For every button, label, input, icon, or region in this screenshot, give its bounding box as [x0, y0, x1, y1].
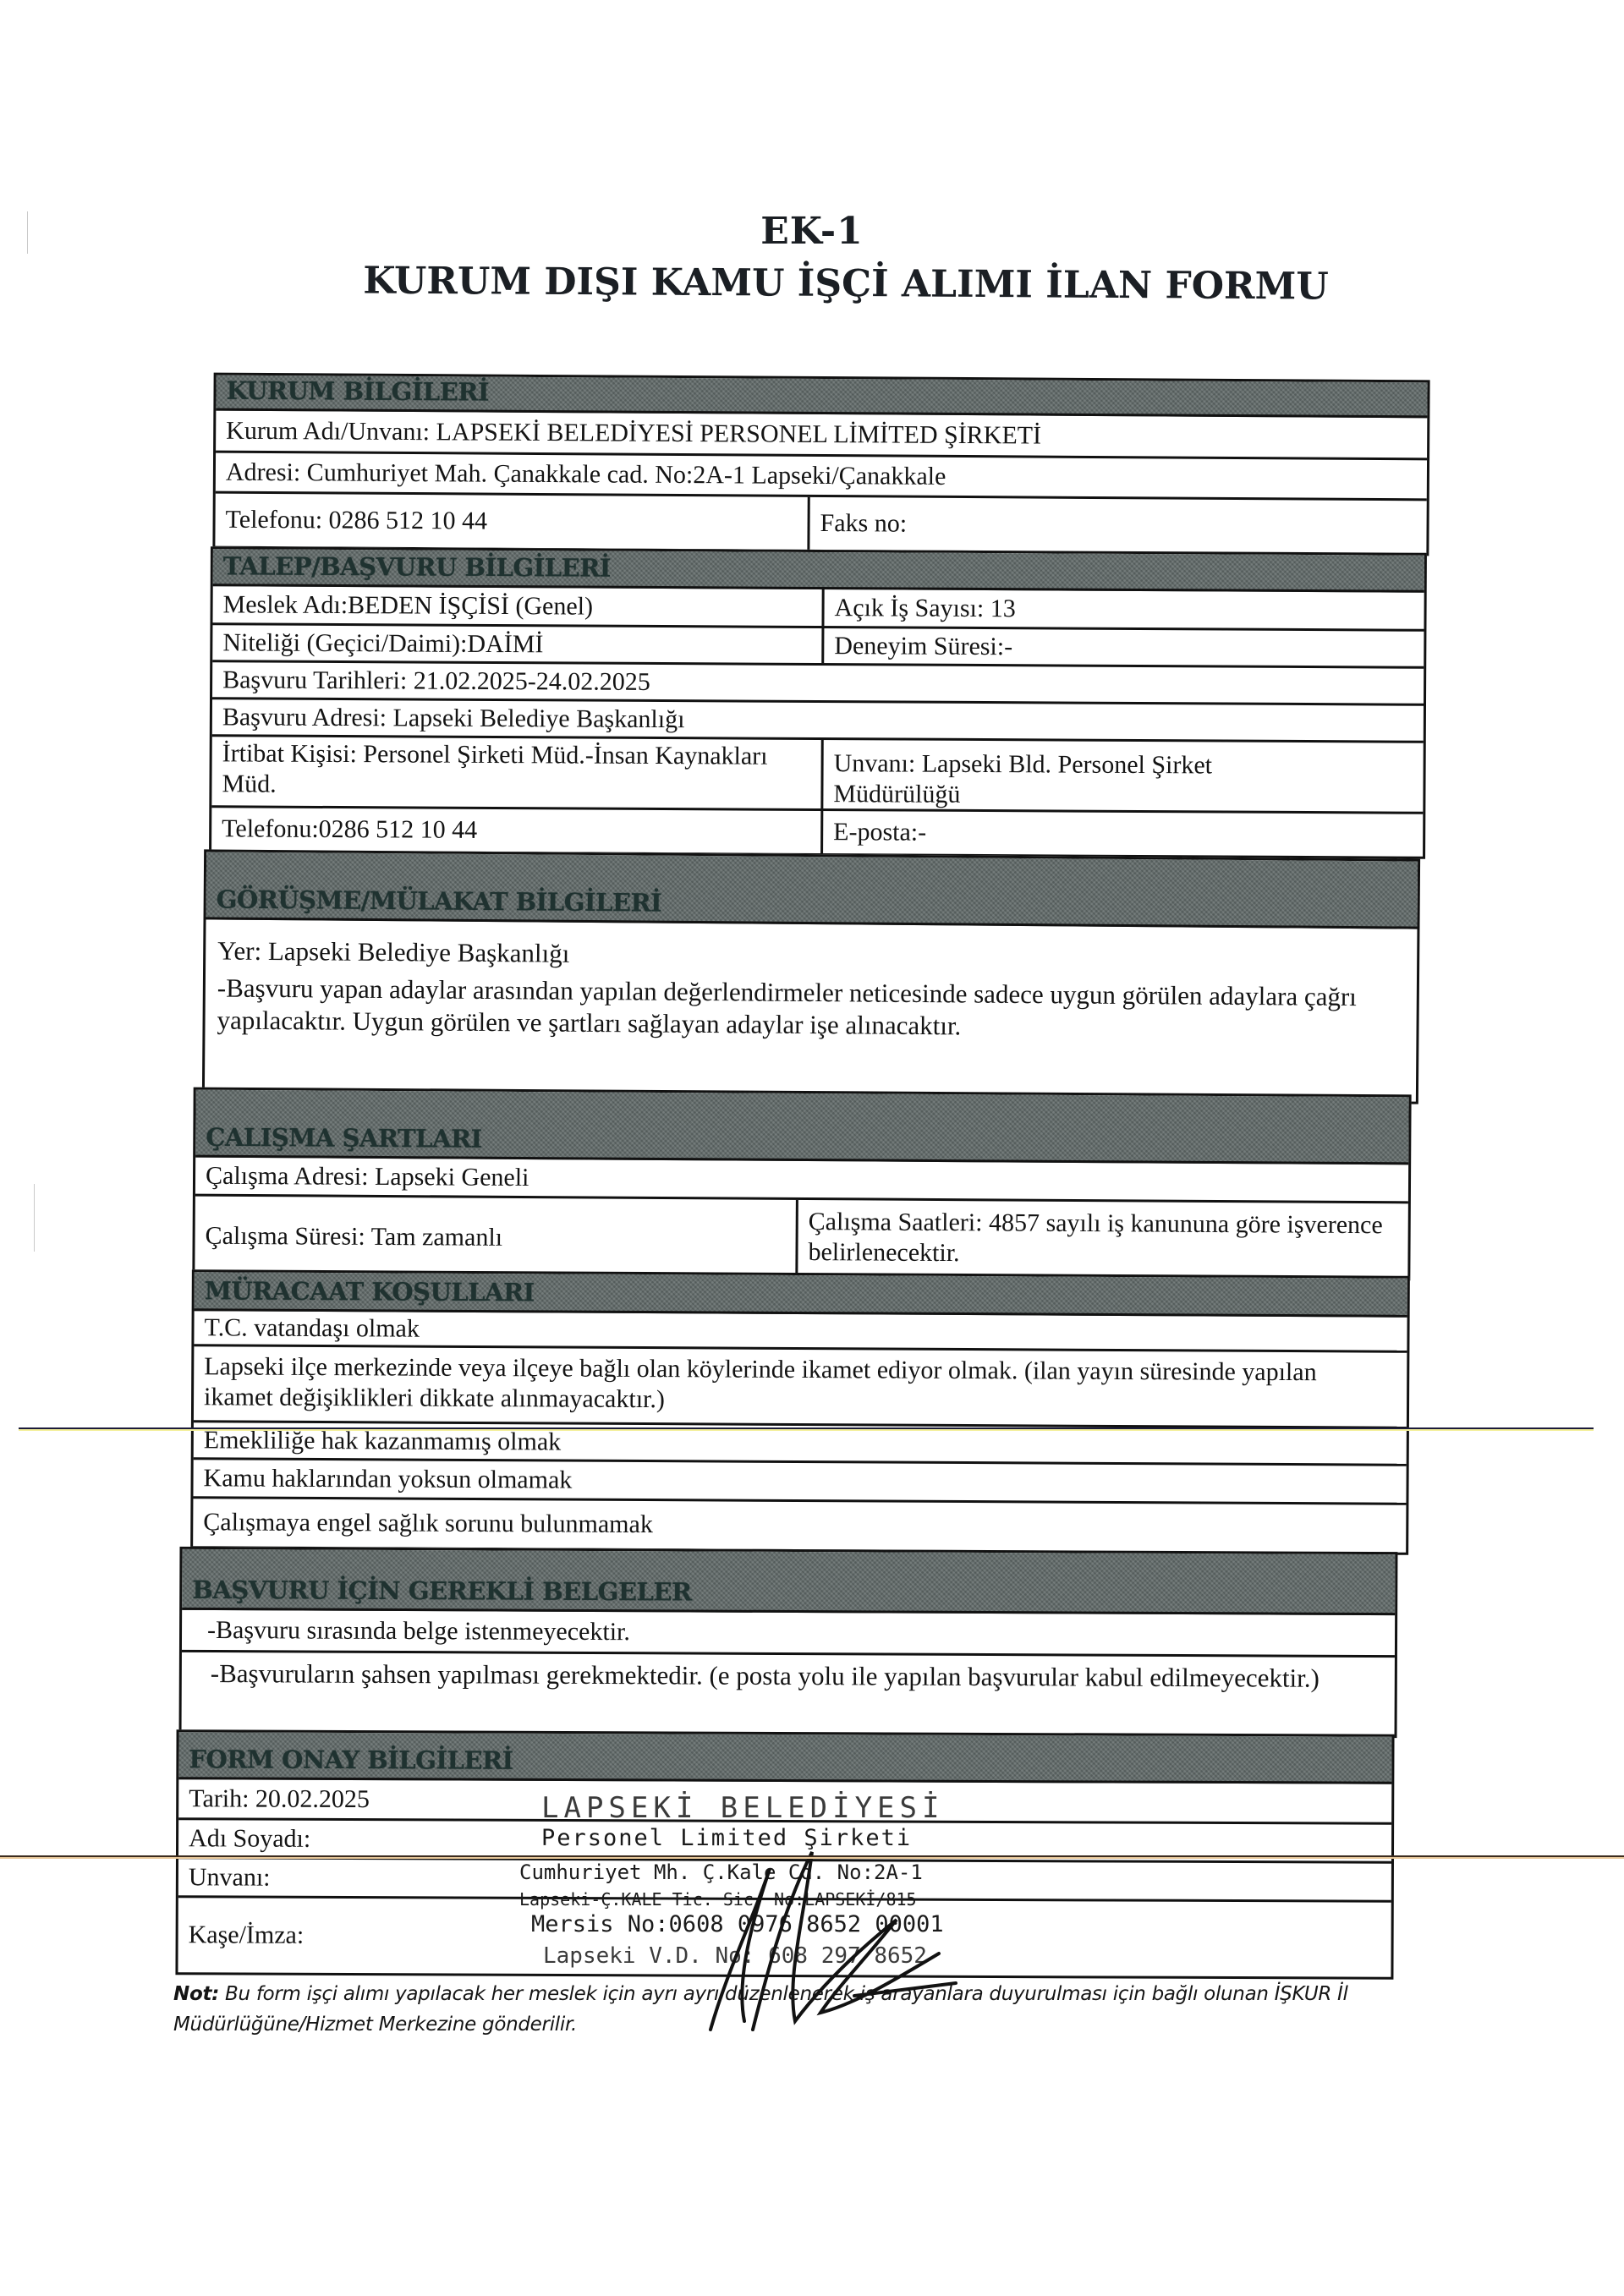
interview-description: -Başvuru yapan adaylar arasından yapılan… [205, 972, 1417, 1050]
condition-item: Kamu haklarından yoksun olmamak [193, 1460, 1406, 1505]
condition-text: Kamu haklarından yoksun olmamak [193, 1460, 1406, 1503]
open-positions: Açık İş Sayısı: 13 [821, 589, 1424, 629]
work-hours: Çalışma Saatleri: 4857 sayılı iş kanunun… [795, 1200, 1408, 1283]
row-kurum-phone: Telefonu: 0286 512 10 44 Faks no: [215, 494, 1426, 554]
condition-text: Lapseki ilçe merkezinde veya ilçeye bağl… [194, 1346, 1407, 1427]
section-header-text: GÖRÜŞME/MÜLAKAT BİLGİLERİ [217, 885, 662, 917]
section-header-belgeler: BAŞVURU İÇİN GEREKLİ BELGELER [182, 1549, 1395, 1615]
kurum-phone: Telefonu: 0286 512 10 44 [215, 494, 807, 550]
contact-person: İrtibat Kişisi: Personel Şirketi Müd.-İn… [211, 737, 820, 808]
row-application-address: Başvuru Adresi: Lapseki Belediye Başkanl… [212, 699, 1424, 743]
work-duration: Çalışma Süresi: Tam zamanlı [195, 1197, 796, 1280]
row-contact: İrtibat Kişisi: Personel Şirketi Müd.-İn… [211, 737, 1423, 814]
section-header-text: MÜRACAAT KOŞULLARI [205, 1276, 535, 1307]
section-gorusme: GÖRÜŞME/MÜLAKAT BİLGİLERİ Yer: Lapseki B… [202, 849, 1420, 1104]
note-text: Bu form işçi alımı yapılacak her meslek … [173, 1983, 1348, 2036]
approval-seal: Kaşe/İmza: [178, 1898, 1391, 1977]
row-nature: Niteliği (Geçici/Daimi):DAİMİ Deneyim Sü… [212, 625, 1424, 668]
row-kurum-address: Adresi: Cumhuriyet Mah. Çanakkale cad. N… [216, 453, 1427, 501]
scan-artifact-line [19, 1427, 1594, 1429]
kurum-address: Adresi: Cumhuriyet Mah. Çanakkale cad. N… [216, 453, 1427, 499]
row-approval-name: Adı Soyadı: [178, 1820, 1391, 1864]
application-dates: Başvuru Tarihleri: 21.02.2025-24.02.2025 [212, 662, 1424, 703]
condition-item: T.C. vatandaşı olmak [194, 1311, 1407, 1353]
job-nature: Niteliği (Geçici/Daimi):DAİMİ [212, 625, 821, 663]
kurum-name: Kurum Adı/Unvanı: LAPSEKİ BELEDİYESİ PER… [216, 411, 1427, 458]
section-muracaat: MÜRACAAT KOŞULLARI T.C. vatandaşı olmak … [190, 1269, 1410, 1555]
section-header-text: BAŞVURU İÇİN GEREKLİ BELGELER [192, 1575, 692, 1607]
row-contact-phone: Telefonu:0286 512 10 44 E-posta:- [211, 808, 1423, 856]
row-approval-title: Unvanı: [178, 1859, 1391, 1903]
section-onay: FORM ONAY BİLGİLERİ Tarih: 20.02.2025 Ad… [175, 1729, 1394, 1980]
section-header-onay: FORM ONAY BİLGİLERİ [178, 1732, 1391, 1784]
section-header-talep: TALEP/BAŞVURU BİLGİLERİ [213, 549, 1424, 592]
section-header-text: FORM ONAY BİLGİLERİ [189, 1745, 513, 1774]
kurum-fax: Faks no: [807, 497, 1426, 553]
row-kurum-name: Kurum Adı/Unvanı: LAPSEKİ BELEDİYESİ PER… [216, 411, 1427, 461]
section-header-text: ÇALIŞMA ŞARTLARI [206, 1123, 482, 1153]
application-address: Başvuru Adresi: Lapseki Belediye Başkanl… [212, 699, 1424, 740]
row-occupation: Meslek Adı:BEDEN İŞÇİSİ (Genel) Açık İş … [212, 586, 1424, 631]
experience-duration: Deneyim Süresi:- [821, 628, 1424, 666]
section-header-text: KURUM BİLGİLERİ [226, 376, 489, 407]
condition-text: T.C. vatandaşı olmak [194, 1311, 1407, 1351]
contact-email: E-posta:- [820, 811, 1423, 857]
section-talep: TALEP/BAŞVURU BİLGİLERİ Meslek Adı:BEDEN… [209, 546, 1427, 859]
condition-item: Çalışmaya engel sağlık sorunu bulunmamak [193, 1499, 1406, 1553]
section-header-text: TALEP/BAŞVURU BİLGİLERİ [223, 551, 611, 582]
section-header-muracaat: MÜRACAAT KOŞULLARI [195, 1272, 1407, 1318]
note-label: Not: [173, 1983, 219, 2005]
interview-place: Yer: Lapseki Belediye Başkanlığı [206, 919, 1417, 981]
section-belgeler: BAŞVURU İÇİN GEREKLİ BELGELER -Başvuru s… [179, 1547, 1398, 1738]
job-posting-form: KURUM BİLGİLERİ Kurum Adı/Unvanı: LAPSEK… [0, 0, 1624, 2296]
occupation-name: Meslek Adı:BEDEN İŞÇİSİ (Genel) [212, 586, 821, 626]
document-text: -Başvuru sırasında belge istenmeyecektir… [182, 1610, 1395, 1655]
section-kurum: KURUM BİLGİLERİ Kurum Adı/Unvanı: LAPSEK… [212, 373, 1429, 556]
section-header-gorusme: GÖRÜŞME/MÜLAKAT BİLGİLERİ [206, 852, 1418, 929]
document-item: -Başvuru sırasında belge istenmeyecektir… [182, 1610, 1395, 1658]
condition-text: Çalışmaya engel sağlık sorunu bulunmamak [193, 1499, 1406, 1553]
contact-title: Unvanı: Lapseki Bld. Personel Şirket Müd… [820, 740, 1423, 812]
section-header-calisma: ÇALIŞMA ŞARTLARI [195, 1090, 1408, 1165]
scan-artifact-line [0, 1855, 1624, 1857]
row-approval-date: Tarih: 20.02.2025 [178, 1779, 1391, 1825]
approval-date: Tarih: 20.02.2025 [178, 1779, 1391, 1822]
row-approval-seal: Kaşe/İmza: [178, 1898, 1391, 1977]
section-calisma: ÇALIŞMA ŞARTLARI Çalışma Adresi: Lapseki… [192, 1088, 1411, 1281]
approval-title: Unvanı: [178, 1859, 1391, 1900]
row-dates: Başvuru Tarihleri: 21.02.2025-24.02.2025 [212, 662, 1424, 705]
row-interview: Yer: Lapseki Belediye Başkanlığı -Başvur… [205, 919, 1418, 1106]
condition-item: Lapseki ilçe merkezinde veya ilçeye bağl… [194, 1346, 1407, 1429]
footer-note: Not: Bu form işçi alımı yapılacak her me… [173, 1979, 1493, 2040]
document-text: -Başvuruların şahsen yapılması gerekmekt… [182, 1652, 1395, 1700]
contact-phone: Telefonu:0286 512 10 44 [211, 808, 820, 853]
document-item: -Başvuruların şahsen yapılması gerekmekt… [182, 1652, 1395, 1735]
work-address: Çalışma Adresi: Lapseki Geneli [195, 1158, 1408, 1202]
